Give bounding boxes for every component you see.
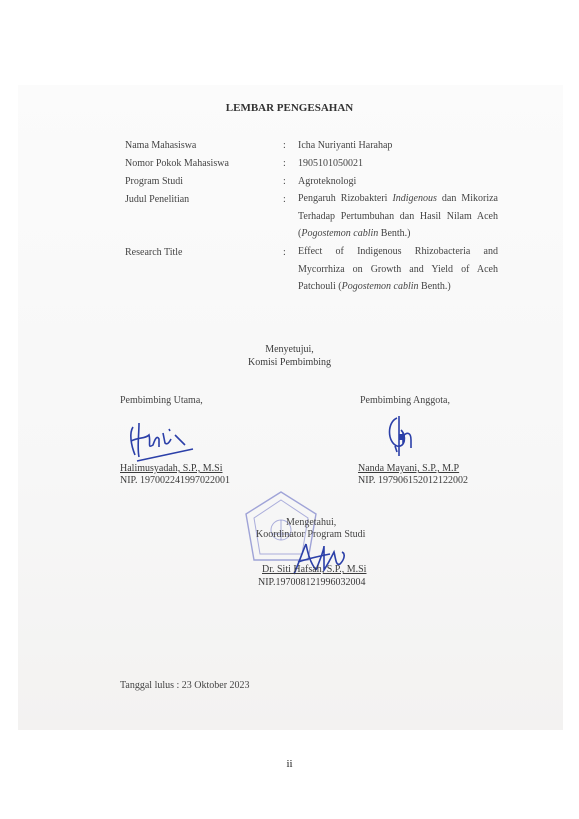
coordinator-name: Dr. Siti Hafsah, S.P., M.Si	[262, 564, 366, 575]
label-prodi: Program Studi	[125, 176, 183, 187]
acknowledgement-line2: Koordinator Program Studi	[256, 529, 365, 540]
label-npm: Nomor Pokok Mahasiswa	[125, 158, 229, 169]
label-judul: Judul Penelitian	[125, 194, 189, 205]
colon: :	[283, 247, 286, 258]
colon: :	[283, 140, 286, 151]
value-prodi: Agroteknologi	[298, 176, 356, 187]
supervisor-main-name: Halimusyadah, S.P., M.Si	[120, 463, 223, 474]
supervisor-main-nip: NIP. 197002241997022001	[120, 475, 230, 486]
value-research-title: Effect of Indigenous Rhizobacteria and M…	[298, 243, 498, 296]
approval-line2: Komisi Pembimbing	[0, 357, 579, 368]
value-nama: Icha Nuriyanti Harahap	[298, 140, 392, 151]
supervisor-member-name: Nanda Mayani, S.P., M.P	[358, 463, 459, 474]
supervisor-member-role: Pembimbing Anggota,	[360, 395, 450, 406]
supervisor-member-nip: NIP. 197906152012122002	[358, 475, 468, 486]
label-nama: Nama Mahasiswa	[125, 140, 196, 151]
scanned-page	[18, 85, 563, 730]
value-npm: 1905101050021	[298, 158, 363, 169]
label-research-title: Research Title	[125, 247, 183, 258]
colon: :	[283, 194, 286, 205]
value-judul: Pengaruh Rizobakteri Indigenous dan Miko…	[298, 190, 498, 243]
signature-member	[385, 412, 425, 467]
supervisor-main-role: Pembimbing Utama,	[120, 395, 203, 406]
graduation-date: Tanggal lulus : 23 Oktober 2023	[120, 680, 250, 691]
approval-line1: Menyetujui,	[0, 344, 579, 355]
colon: :	[283, 158, 286, 169]
coordinator-nip: NIP.197008121996032004	[258, 577, 366, 588]
colon: :	[283, 176, 286, 187]
acknowledgement-line1: Mengetahui,	[286, 517, 336, 528]
page-number: ii	[0, 758, 579, 770]
page-title: LEMBAR PENGESAHAN	[0, 102, 579, 114]
signature-main	[125, 415, 205, 470]
